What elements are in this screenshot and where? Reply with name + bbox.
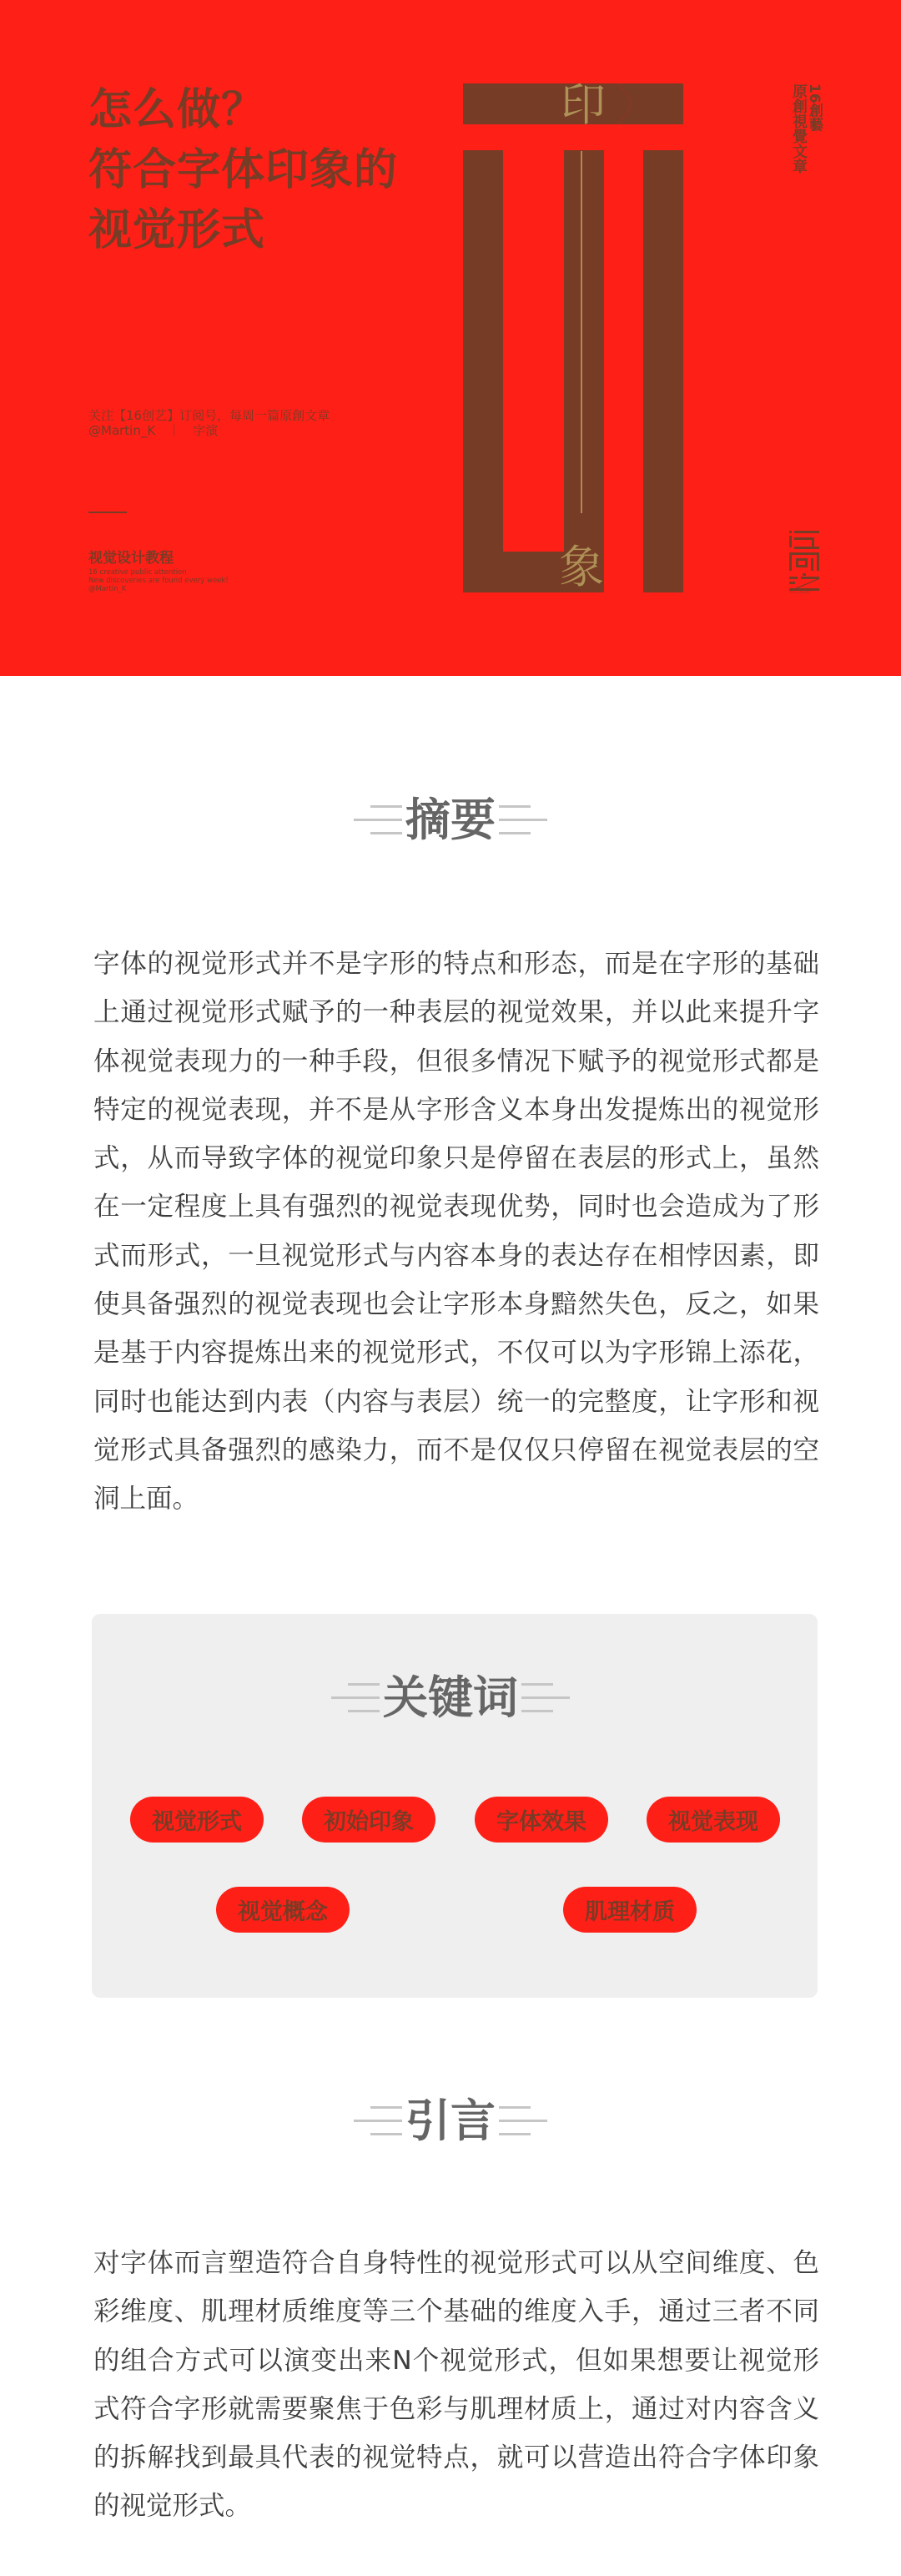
hero-subtitle: 关注【16创艺】订阅号，每周一篇原創文章 @Martin_K ｜ 字演 [88, 408, 330, 438]
hero-english-text: 16 creative public attention New discove… [88, 568, 229, 593]
brand-logo-icon [789, 531, 819, 591]
glyph-column-middle [564, 150, 604, 592]
hero-title: 怎么做？ 符合字体印象的 视觉形式 [88, 80, 398, 260]
hero-english-line: New discoveries are found every week! [88, 577, 229, 585]
keyword-pill[interactable]: 肌理材质 [563, 1887, 697, 1933]
hero-english-line: @Martin_K [88, 585, 229, 593]
hero-divider [88, 512, 127, 513]
keyword-pill[interactable]: 视觉概念 [216, 1887, 350, 1933]
hero-title-line: 视觉形式 [88, 200, 398, 260]
heading-deco-left [354, 2097, 402, 2144]
hero-english-line: 16 creative public attention [88, 568, 229, 577]
hero-title-line: 怎么做？ [88, 80, 398, 140]
heading-deco-right [499, 2097, 547, 2144]
vertical-brand-text: 16創藝 [804, 83, 825, 132]
heading-deco-left [354, 796, 402, 843]
heading-deco-left [331, 1674, 380, 1721]
keyword-pill[interactable]: 视觉表现 [647, 1797, 780, 1843]
glyph-char-top: 印 [561, 82, 606, 129]
abstract-heading-text: 摘要 [405, 794, 496, 844]
glyph-column-right [643, 150, 683, 592]
glyph-column-join [503, 552, 564, 592]
keyword-pill[interactable]: 初始印象 [302, 1797, 435, 1843]
keyword-pill[interactable]: 视觉形式 [130, 1797, 264, 1843]
keywords-heading: 关键词 [0, 1668, 901, 1727]
glyph-column-left [463, 150, 503, 592]
hero-author-line: @Martin_K ｜ 字演 [88, 423, 330, 438]
hero-tagline: 视觉设计教程 [88, 546, 174, 567]
heading-deco-right [521, 1674, 570, 1721]
keywords-heading-text: 关键词 [383, 1672, 518, 1722]
hero-title-line: 符合字体印象的 [88, 140, 398, 200]
keywords-panel: 关键词 视觉形式 初始印象 字体效果 视觉表现 视觉概念 肌理材质 [92, 1614, 818, 1998]
abstract-body: 字体的视觉形式并不是字形的特点和形态，而是在字形的基础上通过视觉形式赋予的一种表… [93, 940, 819, 1524]
introduction-body: 对字体而言塑造符合自身特性的视觉形式可以从空间维度、色彩维度、肌理材质维度等三个… [93, 2239, 819, 2531]
glyph-gold-line [581, 151, 582, 513]
glyph-char-bottom: 象 [559, 544, 604, 591]
hero-banner: 怎么做？ 符合字体印象的 视觉形式 关注【16创艺】订阅号，每周一篇原創文章 @… [0, 0, 901, 676]
heading-deco-right [499, 796, 547, 843]
hero-subtitle-line: 关注【16创艺】订阅号，每周一篇原創文章 [88, 408, 330, 423]
logo-caption: YELLOART [790, 591, 812, 594]
introduction-heading-text: 引言 [405, 2095, 496, 2145]
abstract-heading: 摘要 [0, 790, 901, 849]
glyph-top-bar-left [463, 83, 632, 124]
keyword-pill[interactable]: 字体效果 [475, 1797, 608, 1843]
introduction-heading: 引言 [0, 2091, 901, 2150]
